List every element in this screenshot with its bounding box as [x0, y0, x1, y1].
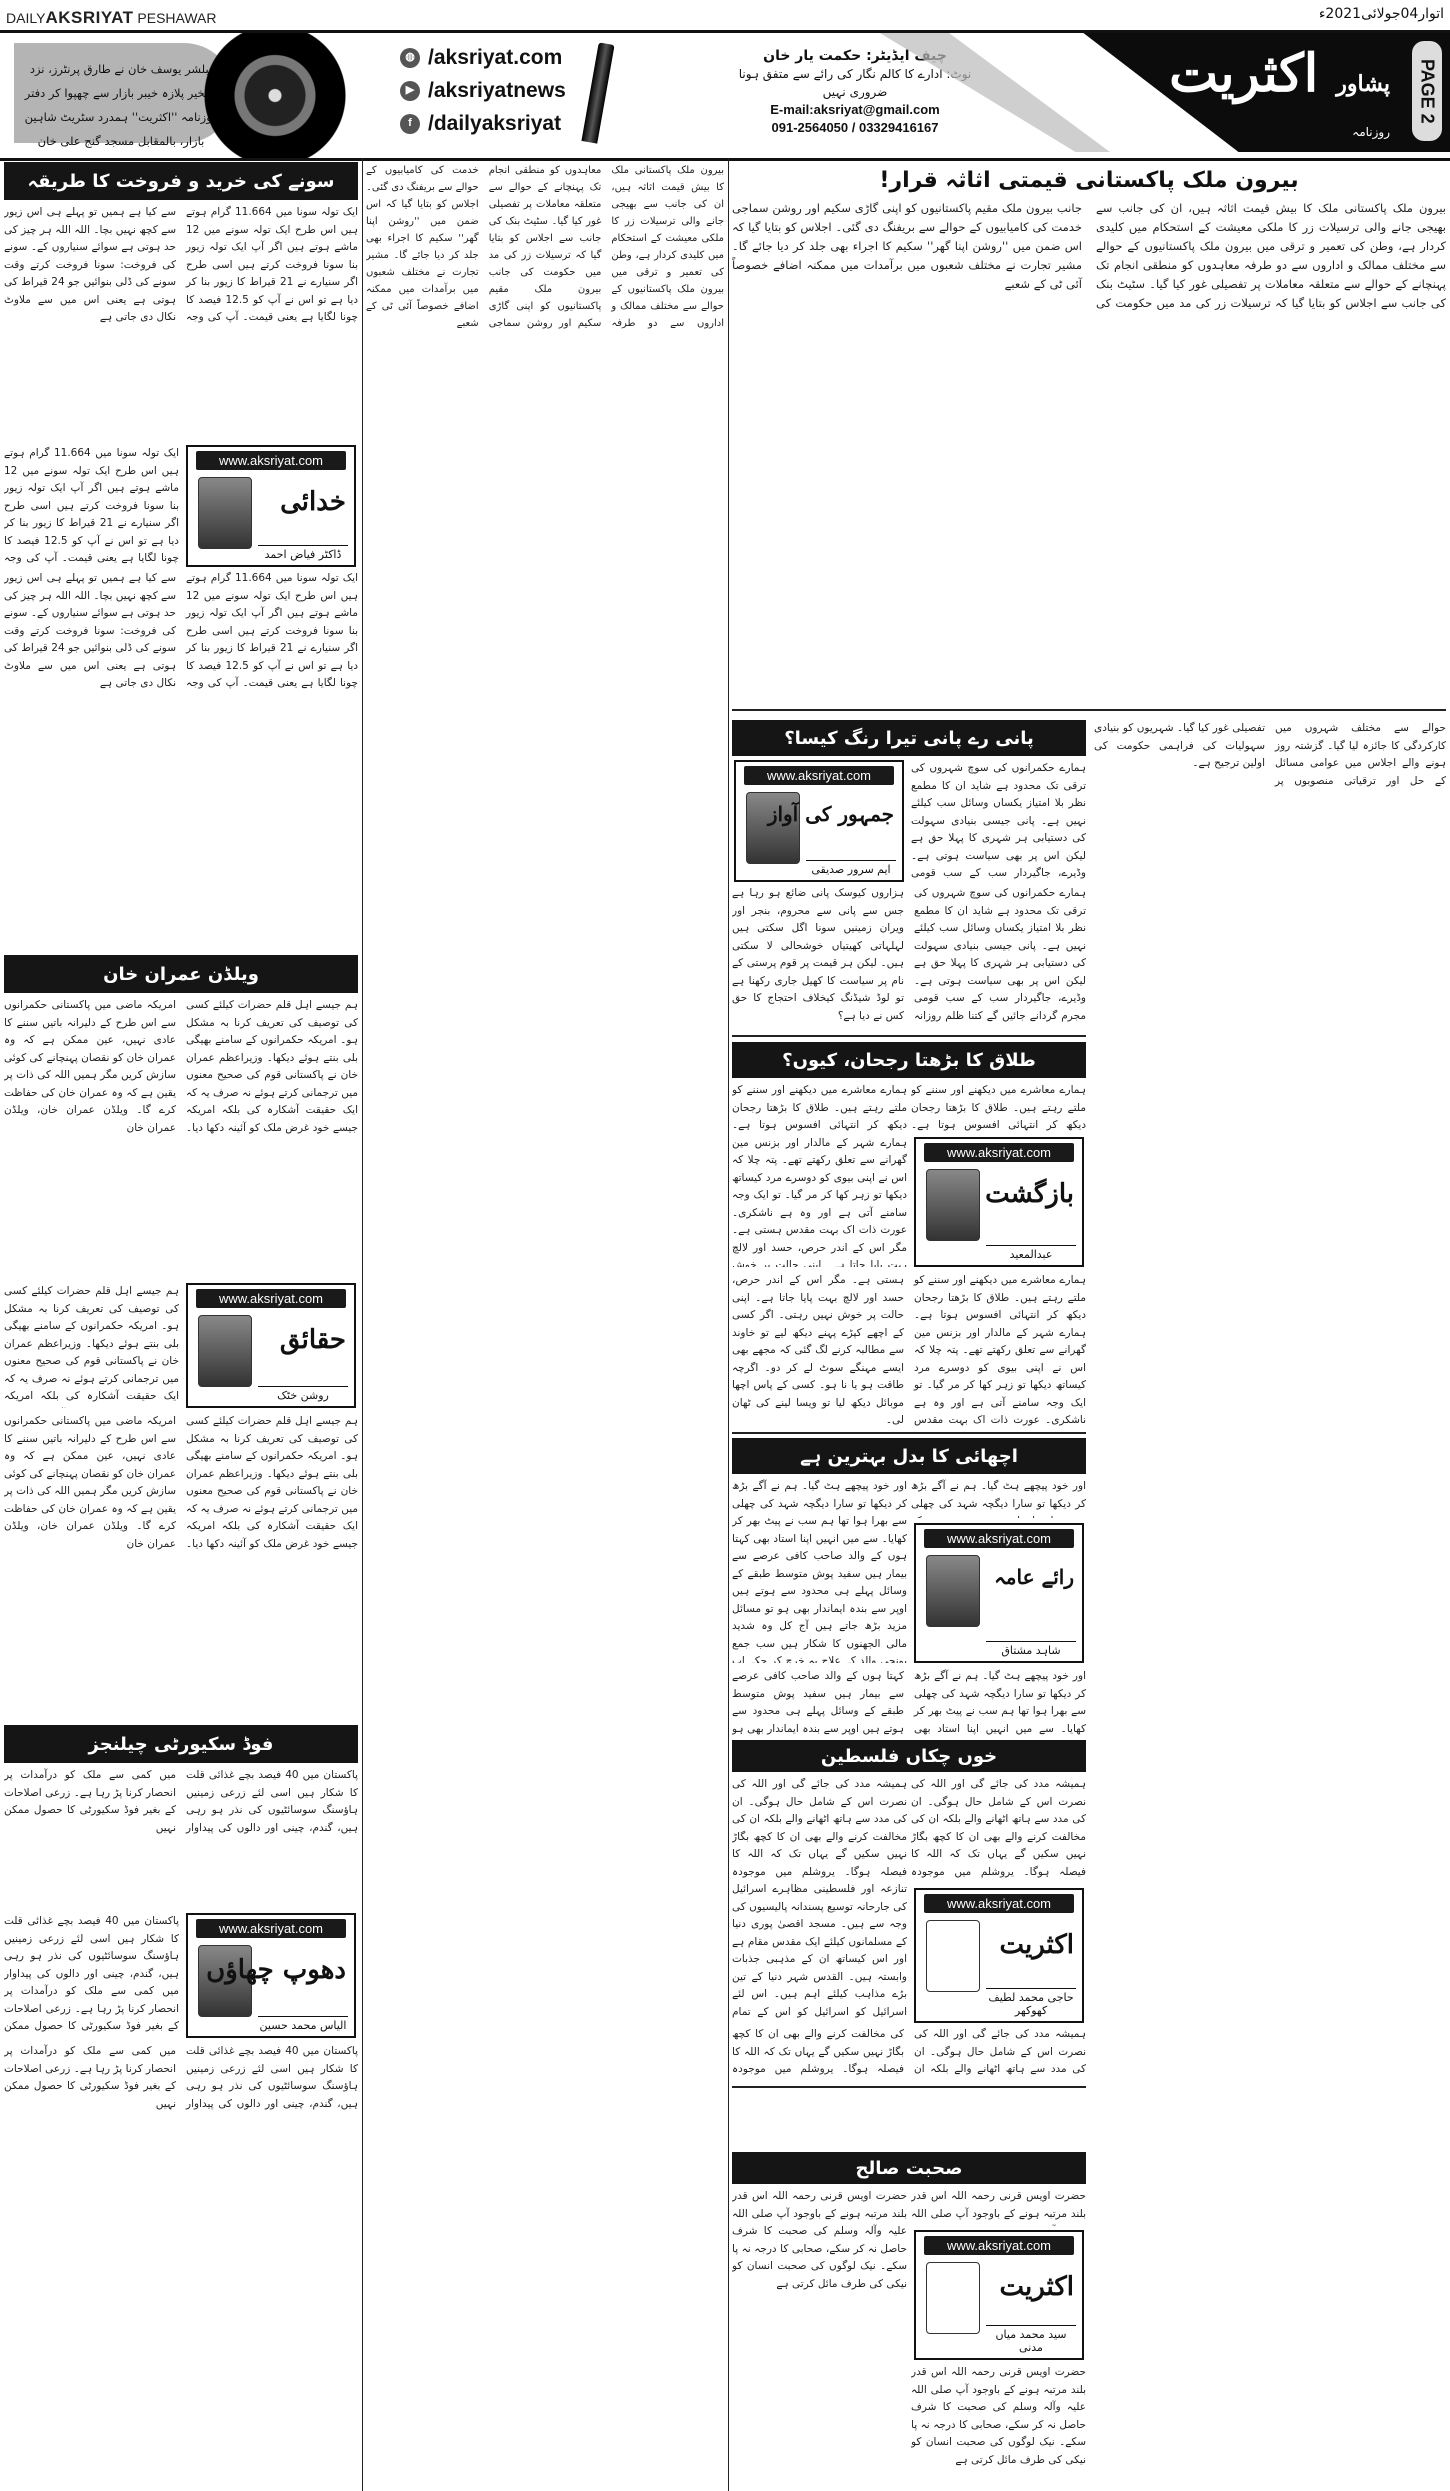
- columnist-badge: www.aksriyat.com دھوپ چھاؤں الیاس محمد ح…: [186, 1913, 356, 2038]
- youtube-icon: ▶: [400, 81, 420, 101]
- badge-url: www.aksriyat.com: [924, 1529, 1074, 1548]
- column-body-continued: حضرت اویس قرنی رحمہ اللہ اس قدر بلند مرت…: [911, 2364, 1086, 2488]
- column-body-continued: پاکستان میں 40 فیصد بچے غذائی قلت کا شکا…: [4, 2043, 358, 2483]
- column-body-top: ہمارے معاشرے میں دیکھنے اور سننے کو ملتے…: [911, 1082, 1086, 1132]
- editorial-section: بیرون ملک پاکستانی قیمتی اثاثہ قرار! بیر…: [732, 162, 1446, 711]
- column-gold-trading: سونے کی خرید و فروخت کا طریقہ ایک تولہ س…: [4, 162, 358, 965]
- badge-url: www.aksriyat.com: [196, 1919, 346, 1938]
- columnist-badge: www.aksriyat.com بازگشت عبدالمعید: [914, 1137, 1084, 1267]
- column-title: طلاق کا بڑھتا رجحان، کیوں؟: [732, 1042, 1086, 1078]
- author-name: شاہد مشتاق: [986, 1641, 1076, 1657]
- column-body-continued: ہم جیسے اہل قلم حضرات کیلئے کسی کی توصیف…: [4, 1283, 179, 1408]
- author-name: ایم سرور صدیقی: [806, 860, 896, 876]
- author-name: عبدالمعید: [986, 1245, 1076, 1261]
- author-photo: [198, 477, 252, 549]
- column-title: پانی رے پانی تیرا رنگ کیسا؟: [732, 720, 1086, 756]
- email: E-mail:aksriyat@gmail.com: [735, 101, 975, 119]
- column-body-continued: پاکستان میں 40 فیصد بچے غذائی قلت کا شکا…: [4, 1913, 179, 2038]
- author-name: الیاس محمد حسین: [258, 2016, 348, 2032]
- globe-icon: ◍: [400, 48, 420, 68]
- disc-decoration-icon: [200, 30, 350, 161]
- brand-city: PESHAWAR: [137, 10, 216, 26]
- column-name: اکثریت: [999, 1930, 1074, 1960]
- facebook-icon: f: [400, 114, 420, 134]
- author-name: سید محمد میاں مدنی: [986, 2325, 1076, 2354]
- column-good-company: صحبت صالح حضرت اویس قرنی رحمہ اللہ اس قد…: [732, 2152, 1086, 2488]
- columnist-badge: www.aksriyat.com خدائی ڈاکٹر فیاض احمد: [186, 445, 356, 567]
- social-youtube-label: /aksriyatnews: [428, 74, 566, 107]
- section-divider: [732, 1035, 1086, 1037]
- column-title: فوڈ سکیورٹی چیلنجز: [4, 1725, 358, 1763]
- columnist-badge: www.aksriyat.com رائے عامہ شاہد مشتاق: [914, 1523, 1084, 1663]
- columnist-badge: www.aksriyat.com اکثریت حاجی محمد لطیف ک…: [914, 1888, 1084, 2023]
- badge-url: www.aksriyat.com: [196, 451, 346, 470]
- column-body: اور خود پیچھے ہٹ گیا۔ ہم نے آگے بڑھ کر د…: [732, 1478, 907, 1663]
- column-food-security: فوڈ سکیورٹی چیلنجز پاکستان میں 40 فیصد ب…: [4, 1725, 358, 2483]
- top-line: DAILYAKSRIYAT PESHAWAR اتوار04جولائی2021…: [0, 0, 1450, 30]
- column-body-top: اور خود پیچھے ہٹ گیا۔ ہم نے آگے بڑھ کر د…: [911, 1478, 1086, 1518]
- column-body: پاکستان میں 40 فیصد بچے غذائی قلت کا شکا…: [4, 1763, 358, 1913]
- general-body: حوالے سے مختلف شہروں میں کارکردگی کا جائ…: [1094, 720, 1446, 2480]
- column-water: پانی رے پانی تیرا رنگ کیسا؟ www.aksriyat…: [732, 720, 1086, 1037]
- section-divider: [732, 1432, 1086, 1434]
- column-body-top: حضرت اویس قرنی رحمہ اللہ اس قدر بلند مرت…: [911, 2188, 1086, 2226]
- column-body: ایک تولہ سونا میں 11.664 گرام ہوتے ہیں ا…: [4, 200, 358, 445]
- column-name: اکثریت: [999, 2272, 1074, 2302]
- column-body-continued: ایک تولہ سونا میں 11.664 گرام ہوتے ہیں ا…: [4, 445, 179, 567]
- editorial-headline: بیرون ملک پاکستانی قیمتی اثاثہ قرار!: [732, 162, 1446, 199]
- column-body-continued: ہمیشہ مدد کی جائے گی اور اللہ کی نصرت اس…: [732, 2026, 1086, 2086]
- badge-url: www.aksriyat.com: [924, 1894, 1074, 1913]
- author-photo: [926, 1169, 980, 1241]
- column-name: حقائق: [280, 1325, 346, 1355]
- column-welldone-imran-khan: ویلڈن عمران خان ہم جیسے اہل قلم حضرات کی…: [4, 955, 358, 1678]
- column-name: جمہور کی آواز: [768, 802, 894, 826]
- brand-prefix: DAILY: [6, 10, 45, 26]
- column-body: ہمارے معاشرے میں دیکھنے اور سننے کو ملتے…: [732, 1082, 907, 1267]
- column-name: بازگشت: [985, 1179, 1074, 1209]
- column-body: ہمیشہ مدد کی جائے گی اور اللہ کی نصرت اس…: [732, 1776, 907, 2021]
- author-photo: [926, 1555, 980, 1627]
- page-number-tag: PAGE 2: [1412, 41, 1442, 141]
- badge-url: www.aksriyat.com: [744, 766, 894, 785]
- column-name: رائے عامہ: [994, 1565, 1074, 1589]
- roznama-label: روزنامہ: [1352, 125, 1390, 139]
- social-website-label: /aksriyat.com: [428, 41, 562, 74]
- issue-date: اتوار04جولائی2021ء: [1319, 6, 1444, 22]
- logo-city: پشاور: [1336, 71, 1390, 97]
- column-palestine: خوں چکاں فلسطین ہمیشہ مدد کی جائے گی اور…: [732, 1740, 1086, 2088]
- author-name: روشن خٹک: [258, 1386, 348, 1402]
- badge-url: www.aksriyat.com: [924, 1143, 1074, 1162]
- editorial-continued: بیرون ملک پاکستانی ملک کا بیش قیمت اثاثہ…: [366, 162, 724, 2482]
- section-divider: [732, 709, 1446, 711]
- column-title: خوں چکاں فلسطین: [732, 1740, 1086, 1772]
- column-goodness: اچھائی کا بدل بہترین ہے اور خود پیچھے ہٹ…: [732, 1438, 1086, 1750]
- quill-inkpot-icon: [926, 1920, 980, 1992]
- badge-url: www.aksriyat.com: [196, 1289, 346, 1308]
- column-body: ہمارے حکمرانوں کی سوچ شہروں کی ترقی تک م…: [911, 760, 1086, 882]
- section-divider: [732, 2086, 1086, 2088]
- column-body-continued: ایک تولہ سونا میں 11.664 گرام ہوتے ہیں ا…: [4, 570, 358, 965]
- quill-inkpot-icon: [926, 2262, 980, 2334]
- column-body-top: ہمیشہ مدد کی جائے گی اور اللہ کی نصرت اس…: [911, 1776, 1086, 1884]
- general-text-right: حوالے سے مختلف شہروں میں کارکردگی کا جائ…: [1094, 720, 1446, 2480]
- column-body: ہم جیسے اہل قلم حضرات کیلئے کسی کی توصیف…: [4, 993, 358, 1283]
- editorial-body: بیرون ملک پاکستانی ملک کا بیش قیمت اثاثہ…: [732, 199, 1446, 709]
- column-body-continued: ہمارے معاشرے میں دیکھنے اور سننے کو ملتے…: [732, 1272, 1086, 1432]
- social-links: ◍/aksriyat.com ▶/aksriyatnews f/dailyaks…: [400, 41, 566, 140]
- column-rule: [362, 158, 363, 2491]
- social-facebook-label: /dailyaksriyat: [428, 107, 561, 140]
- brand-name: AKSRIYAT: [45, 8, 133, 27]
- column-title: اچھائی کا بدل بہترین ہے: [732, 1438, 1086, 1474]
- author-photo: [198, 1315, 252, 1387]
- newspaper-logo: پشاور اکثریت: [1169, 43, 1390, 104]
- brand-line: DAILYAKSRIYAT PESHAWAR: [6, 8, 217, 28]
- column-title: سونے کی خرید و فروخت کا طریقہ: [4, 162, 358, 200]
- column-rule: [728, 158, 729, 2491]
- column-name: دھوپ چھاؤں: [206, 1955, 346, 1985]
- logo-text: اکثریت: [1169, 43, 1318, 104]
- column-body-continued: اور خود پیچھے ہٹ گیا۔ ہم نے آگے بڑھ کر د…: [732, 1668, 1086, 1748]
- social-facebook[interactable]: f/dailyaksriyat: [400, 107, 566, 140]
- masthead: پبلشر یوسف خان نے طارق پرنٹرز، نزد والخی…: [0, 30, 1450, 161]
- column-title: ویلڈن عمران خان: [4, 955, 358, 993]
- column-body: حضرت اویس قرنی رحمہ اللہ اس قدر بلند مرت…: [732, 2188, 907, 2488]
- social-youtube[interactable]: ▶/aksriyatnews: [400, 74, 566, 107]
- column-divorce: طلاق کا بڑھتا رجحان، کیوں؟ ہمارے معاشرے …: [732, 1042, 1086, 1434]
- columnist-badge: www.aksriyat.com اکثریت سید محمد میاں مد…: [914, 2230, 1084, 2360]
- phone: 091-2564050 / 03329416167: [735, 119, 975, 137]
- author-name: ڈاکٹر فیاض احمد: [258, 545, 348, 561]
- editorial-note: نوٹ: ادارے کا کالم نگار کی رائے سے متفق …: [735, 65, 975, 101]
- social-website[interactable]: ◍/aksriyat.com: [400, 41, 566, 74]
- author-name: حاجی محمد لطیف کھوکھر: [986, 1988, 1076, 2017]
- columnist-badge: www.aksriyat.com حقائق روشن خٹک: [186, 1283, 356, 1408]
- column-body-continued: ہم جیسے اہل قلم حضرات کیلئے کسی کی توصیف…: [4, 1413, 358, 1678]
- columnist-badge: www.aksriyat.com جمہور کی آواز ایم سرور …: [734, 760, 904, 882]
- badge-url: www.aksriyat.com: [924, 2236, 1074, 2255]
- column-name: خدائی: [280, 487, 346, 517]
- column-title: صحبت صالح: [732, 2152, 1086, 2184]
- editorial-body: بیرون ملک پاکستانی ملک کا بیش قیمت اثاثہ…: [366, 162, 724, 2482]
- column-body-continued: ہمارے حکمرانوں کی سوچ شہروں کی ترقی تک م…: [732, 885, 1086, 1035]
- pen-icon: [581, 42, 614, 143]
